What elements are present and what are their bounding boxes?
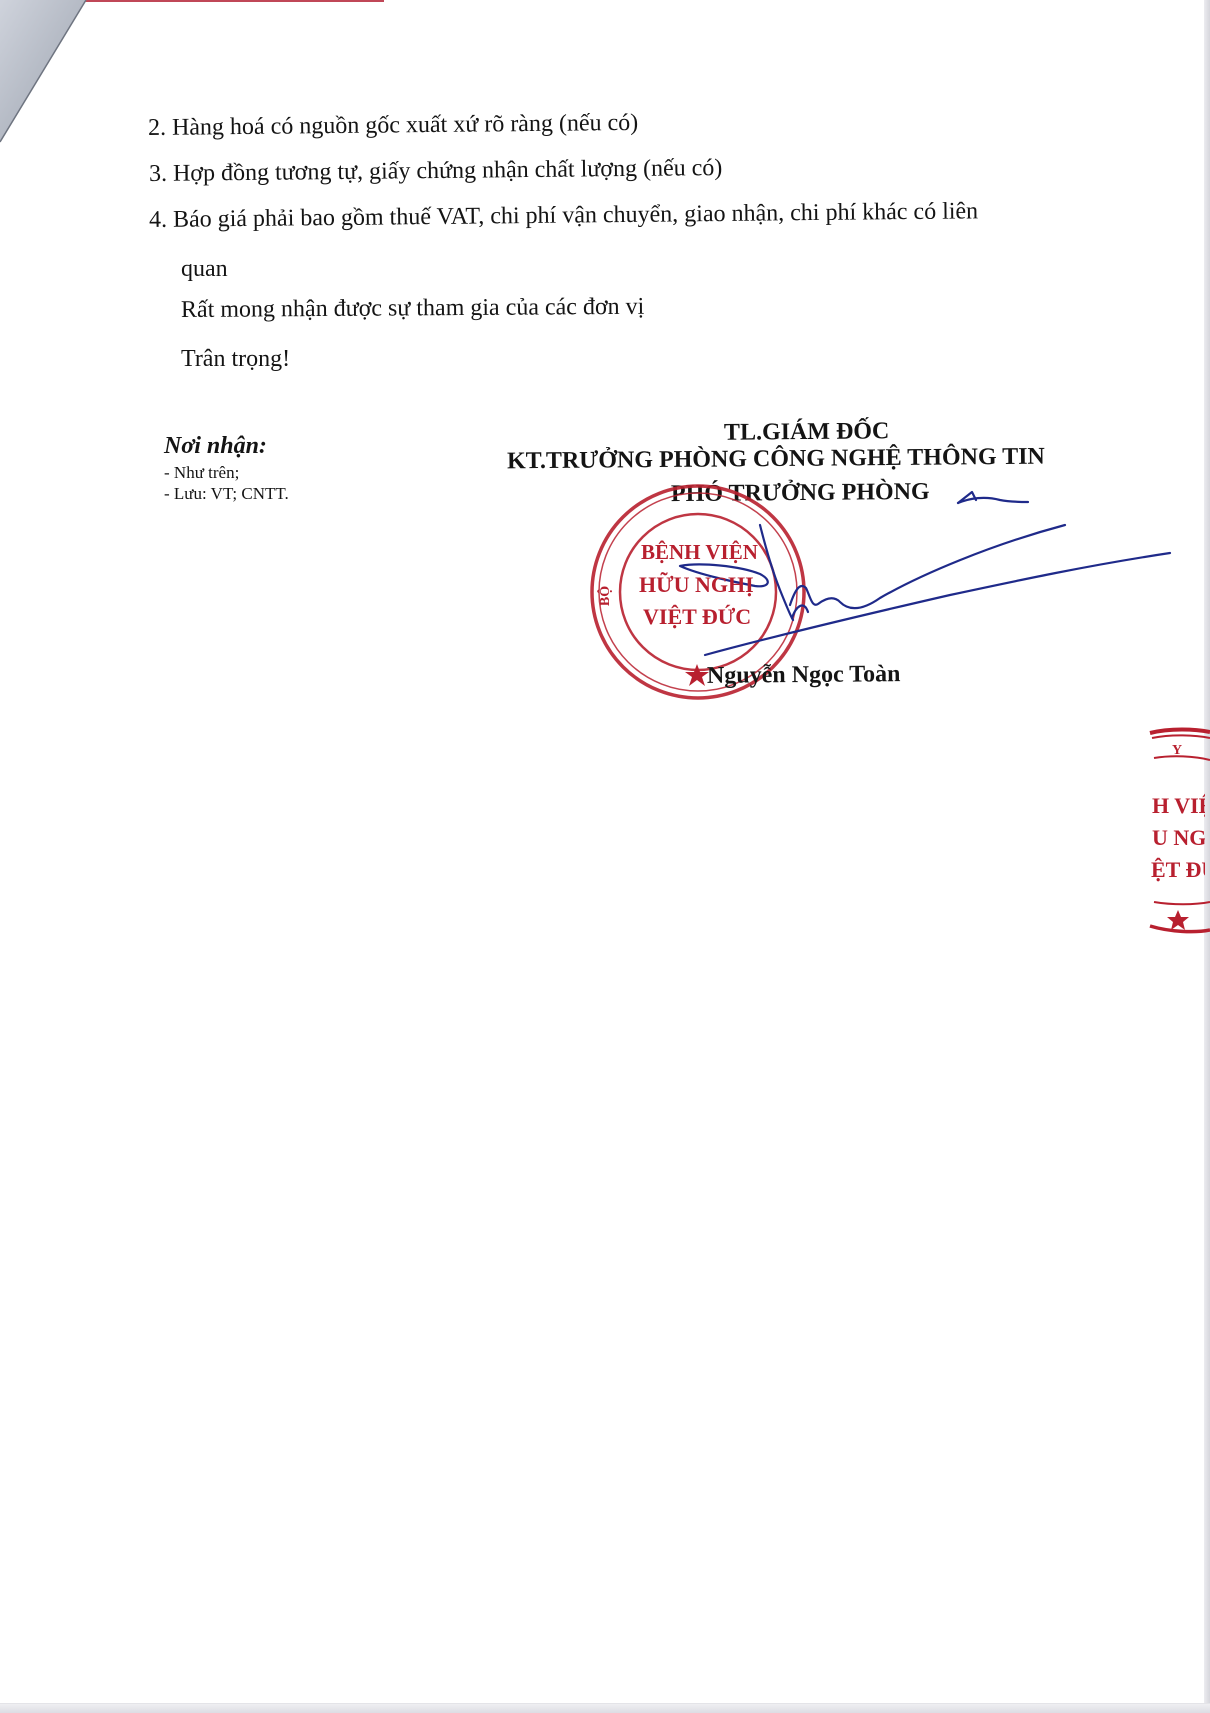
edge-stamp-line1: H VIỆ [1152,793,1205,819]
stamp-side-text: BỘ [598,586,614,606]
signer-name: Nguyễn Ngọc Toàn [707,661,901,690]
stamp-text-line2: HỮU NGHỊ [639,572,754,598]
edge-stamp-line3: ỆT ĐỨ [1151,857,1205,883]
stamp-text-line3: VIỆT ĐỨC [643,604,751,630]
stamp-and-signature-graphics: Y [0,0,1210,1713]
stamp-star-icon [685,664,709,686]
edge-stamp-clip: H VIỆ U NG ỆT ĐỨ [1140,720,1205,940]
stamp-text-line1: BỆNH VIỆN [641,540,758,565]
edge-stamp-line2: U NG [1152,825,1205,851]
